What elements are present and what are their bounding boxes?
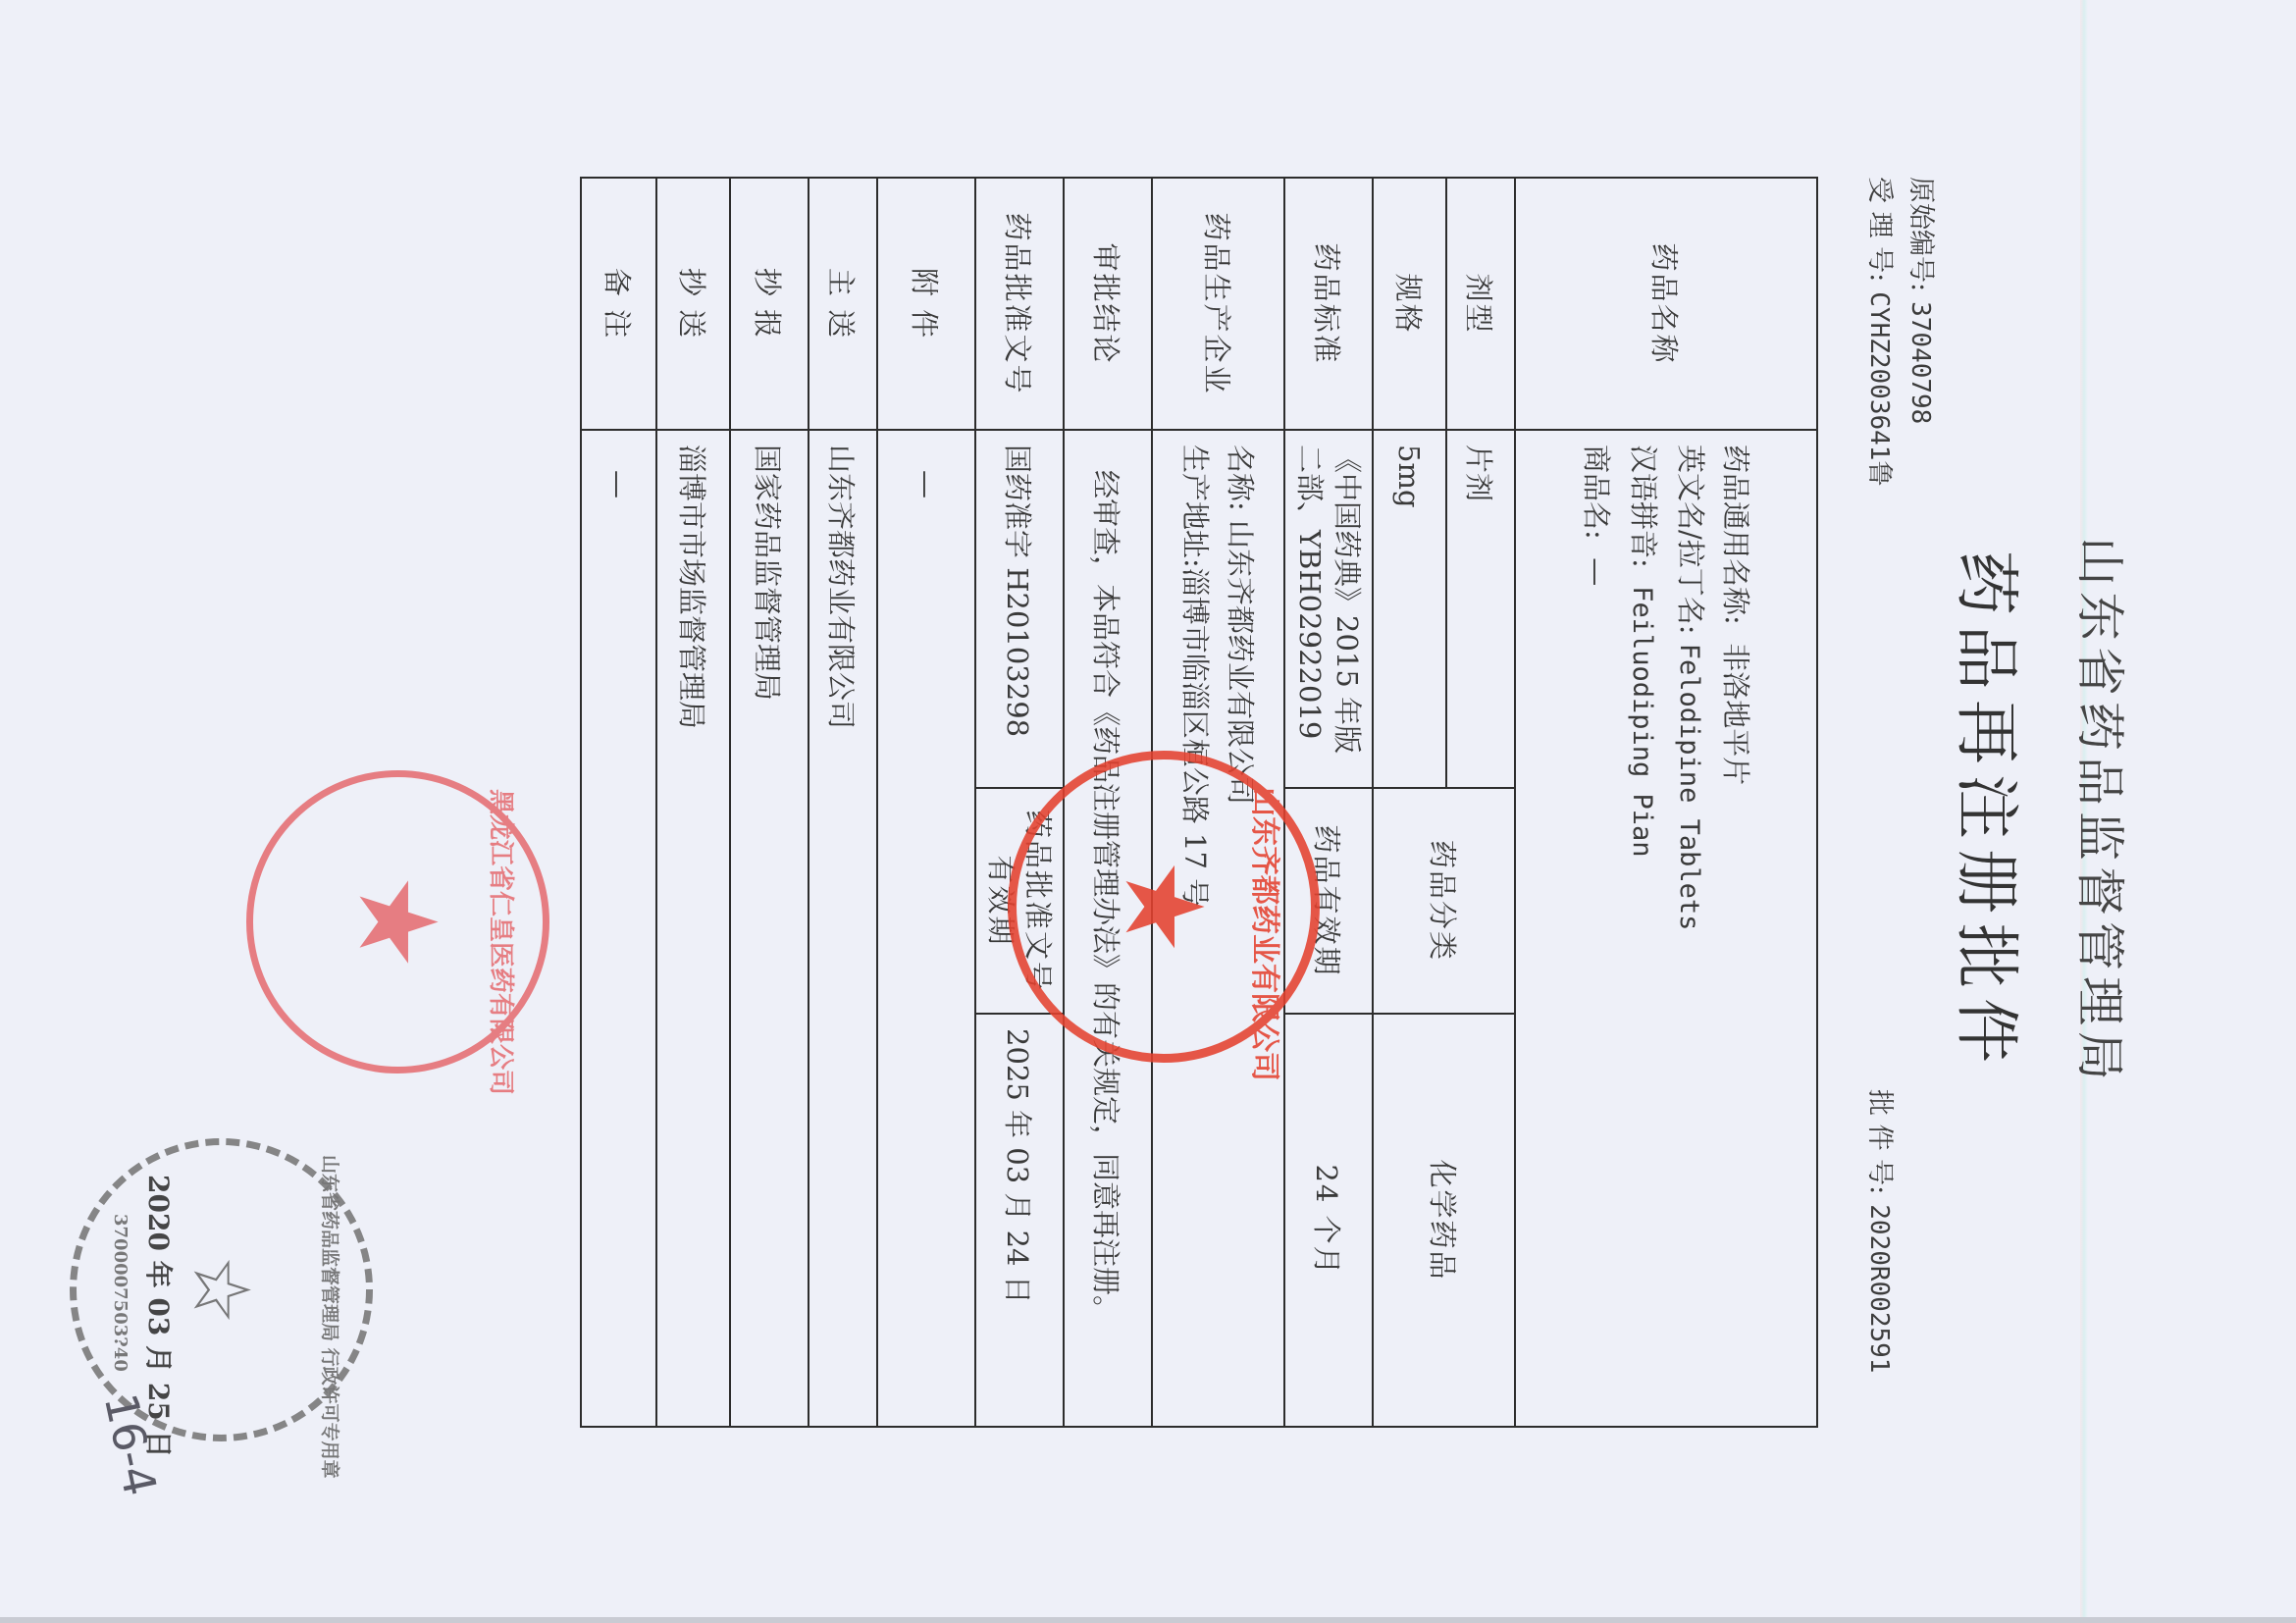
row-standard: 药品标准 《中国药典》2015 年版二部、YBH02922019 药品有效期 2… — [1284, 178, 1373, 1427]
label-main-recipient: 主 送 — [809, 178, 877, 430]
generic-name: 药品通用名称: 非洛地平片 — [1713, 445, 1758, 1412]
document-title: 药品再注册批件 — [1946, 0, 2039, 1623]
original-number-label: 原始编号: — [1905, 177, 1936, 291]
star-icon: ★ — [1110, 859, 1218, 956]
value-attachment: — — [877, 430, 975, 1427]
acceptance-number-label: 受 理 号: — [1864, 177, 1895, 282]
value-copy-to: 淄博市市场监督管理局 — [656, 430, 730, 1427]
company-seal-text: 山东齐都药业有限公司 — [1246, 787, 1289, 1081]
trade-name-label: 商品名: — [1580, 445, 1613, 540]
value-remarks: — — [581, 430, 656, 1427]
value-standard: 《中国药典》2015 年版二部、YBH02922019 — [1284, 430, 1373, 788]
company-seal: ★ 山东齐都药业有限公司 — [1008, 751, 1320, 1063]
row-report-to: 抄 报 国家药品监督管理局 — [730, 178, 809, 1427]
star-icon: ★ — [344, 873, 452, 970]
label-copy-to: 抄 送 — [656, 178, 730, 430]
value-shelf-life: 24 个月 — [1284, 1014, 1373, 1427]
row-remarks: 备 注 — — [581, 178, 656, 1427]
distributor-seal: ★ 黑龙江省仁皇医药有限公司 — [246, 770, 549, 1073]
distributor-seal-text: 黑龙江省仁皇医药有限公司 — [485, 789, 521, 1095]
pinyin-name: 汉语拼音: Feiluodiping Pian — [1619, 445, 1666, 1412]
label-dosage-form: 剂型 — [1446, 178, 1515, 430]
label-manufacturer: 药品生产企业 — [1152, 178, 1284, 430]
star-icon: ☆ — [183, 1255, 261, 1326]
trade-name: 商品名: — — [1574, 445, 1619, 1412]
english-name: 英文名/拉丁名: Felodipine Tablets — [1666, 445, 1713, 1412]
approval-doc-number-value: 2020R002591 — [1864, 1204, 1894, 1373]
row-drug-name: 药品名称 药品通用名称: 非洛地平片 英文名/拉丁名: Felodipine T… — [1515, 178, 1817, 1427]
label-approval-number: 药品批准文号 — [975, 178, 1064, 430]
issuer-name: 山东省药品监督管理局 — [2068, 0, 2139, 1623]
value-drug-class: 化学药品 — [1373, 1014, 1515, 1427]
manufacturer-name-value: 山东齐都药业有限公司 — [1225, 520, 1258, 805]
value-dosage-form: 片剂 — [1446, 430, 1515, 788]
row-copy-to: 抄 送 淄博市市场监督管理局 — [656, 178, 730, 1427]
approval-doc-number: 批 件 号:2020R002591 — [1863, 1089, 1902, 1373]
label-attachment: 附 件 — [877, 178, 975, 430]
manufacturer-name-label: 名称: — [1225, 445, 1258, 511]
value-approval-expiry: 2025 年 03 月 24 日 — [975, 1014, 1064, 1427]
english-name-label: 英文名/拉丁名: — [1674, 445, 1707, 635]
row-dosage-form: 剂型 片剂 药品分类 化学药品 — [1446, 178, 1515, 1427]
value-approval-number: 国药准字 H20103298 — [975, 430, 1064, 788]
generic-name-value: 非洛地平片 — [1719, 643, 1752, 785]
row-attachment: 附 件 — — [877, 178, 975, 1427]
value-strength: 5mg — [1373, 430, 1446, 788]
label-conclusion: 审批结论 — [1064, 178, 1152, 430]
manufacturer-address-label: 生产地址: — [1179, 445, 1213, 568]
value-main-recipient: 山东齐都药业有限公司 — [809, 430, 877, 1427]
generic-name-label: 药品通用名称: — [1719, 445, 1752, 625]
label-strength: 规格 — [1373, 178, 1446, 430]
original-number-value: 37040798 — [1905, 301, 1935, 424]
label-remarks: 备 注 — [581, 178, 656, 430]
row-main-recipient: 主 送 山东齐都药业有限公司 — [809, 178, 877, 1427]
value-drug-name: 药品通用名称: 非洛地平片 英文名/拉丁名: Felodipine Tablet… — [1515, 430, 1817, 1427]
trade-name-value: — — [1580, 557, 1613, 586]
label-standard: 药品标准 — [1284, 178, 1373, 430]
value-report-to: 国家药品监督管理局 — [730, 430, 809, 1427]
label-report-to: 抄 报 — [730, 178, 809, 430]
pinyin-name-value: Feiluodiping Pian — [1627, 586, 1657, 857]
pinyin-name-label: 汉语拼音: — [1627, 445, 1660, 568]
english-name-value: Felodipine Tablets — [1674, 644, 1704, 931]
label-drug-class: 药品分类 — [1373, 788, 1515, 1014]
approval-doc-number-label: 批 件 号: — [1864, 1089, 1895, 1194]
original-number: 原始编号:37040798 — [1905, 177, 1943, 424]
acceptance-number-value: CYHZ2003641鲁 — [1864, 291, 1894, 486]
official-seal-serial: 3700007503?40 — [110, 1214, 130, 1372]
approval-document: 山东省药品监督管理局 药品再注册批件 原始编号:37040798 受 理 号:C… — [0, 0, 2296, 1623]
acceptance-number: 受 理 号:CYHZ2003641鲁 — [1863, 177, 1902, 486]
official-seal-text: 山东省药品监督管理局 行政许可专用章 — [318, 1155, 344, 1479]
label-drug-name: 药品名称 — [1515, 178, 1817, 430]
